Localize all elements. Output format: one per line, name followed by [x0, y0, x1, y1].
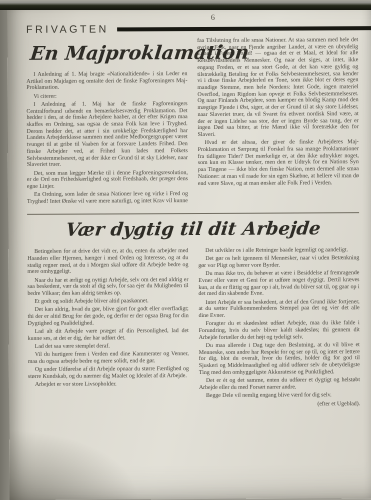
article-arbejde: Vær dygtig til dit Arbejde Betingelsen f…: [27, 218, 360, 408]
paragraph: Du maa allerede i Dag tage den Beslutnin…: [199, 342, 360, 376]
article-divider: [27, 212, 359, 215]
masthead: FRIVAGTEN: [26, 23, 109, 35]
paragraph: Det, som man lægger Mærke til i denne Fa…: [27, 170, 188, 191]
paragraph: Lad det saa være stemplet deraf.: [28, 343, 189, 351]
paragraph: Begge Dele vil nemlig engang blive værd …: [199, 392, 360, 400]
photo-top-edge: [0, 0, 371, 10]
paragraph: Vil du hurtigere frem i Verden end dine …: [28, 351, 189, 365]
paragraph: Arbejdet er vor store Livsopholder.: [28, 381, 189, 389]
paragraph: Vi citerer:: [26, 93, 187, 101]
paragraph: Hvad er det altsaa, der giver de finske …: [198, 139, 359, 187]
article2-column-left: Betingelsen for at drive det vidt er, at…: [27, 248, 189, 408]
paragraph: Foragter du et skødesløst udført Arbejde…: [199, 321, 360, 342]
masthead-rule: [117, 26, 371, 31]
paragraph: Det er ét og det samme, enten du udfører…: [199, 377, 360, 391]
attribution: (efter et Ugeblad).: [199, 401, 360, 408]
paragraph: Naar du har et ærligt og nyttigt Arbejde…: [27, 277, 188, 298]
paragraph: I Anledning af 1. Maj har de finske Fagf…: [26, 101, 187, 169]
paragraph: Betingelsen for at drive det vidt er, at…: [27, 248, 188, 276]
article2-column-right: Det udvikler os i alle Retninger baade l…: [198, 247, 360, 407]
article1-column-left: En Majproklamation I Anledning af 1. Maj…: [26, 35, 188, 207]
article1-title: En Majproklamation: [29, 42, 189, 65]
paragraph: Lad alt dit Arbejde være præget af din P…: [28, 328, 189, 342]
article-majproklamation: En Majproklamation I Anledning af 1. Maj…: [26, 34, 359, 207]
paragraph: Det kan aldrig, hvad du gør, blive gjort…: [28, 306, 189, 327]
paragraph: Og under Udførelse af dit Arbejde opnaar…: [28, 366, 189, 380]
paragraph: Et godt og solidt Arbejde bliver altid p…: [28, 298, 189, 306]
paragraph: Det udvikler os i alle Retninger baade l…: [198, 247, 359, 255]
paragraph: Det gør os helt igennem til Mennesker, n…: [198, 256, 359, 270]
page-content: 6 FRIVAGTEN En Majproklamation I Anledni…: [7, 7, 371, 500]
article2-title: Vær dygtig til dit Arbejde: [26, 218, 360, 241]
paragraph: En Ordning, som lader de smaa Nationer l…: [27, 191, 188, 205]
paper: 6 FRIVAGTEN En Majproklamation I Anledni…: [7, 7, 371, 500]
paragraph: Du maa ikke tro, du behøver at være i Be…: [198, 270, 359, 298]
paragraph: I Anledning af 1. Maj bragte «Nationalti…: [26, 71, 187, 92]
page-number: 6: [211, 13, 215, 22]
page-photo: 6 FRIVAGTEN En Majproklamation I Anledni…: [0, 0, 371, 500]
paragraph: Intet Arbejde er saa beskedent, at det a…: [199, 299, 360, 320]
